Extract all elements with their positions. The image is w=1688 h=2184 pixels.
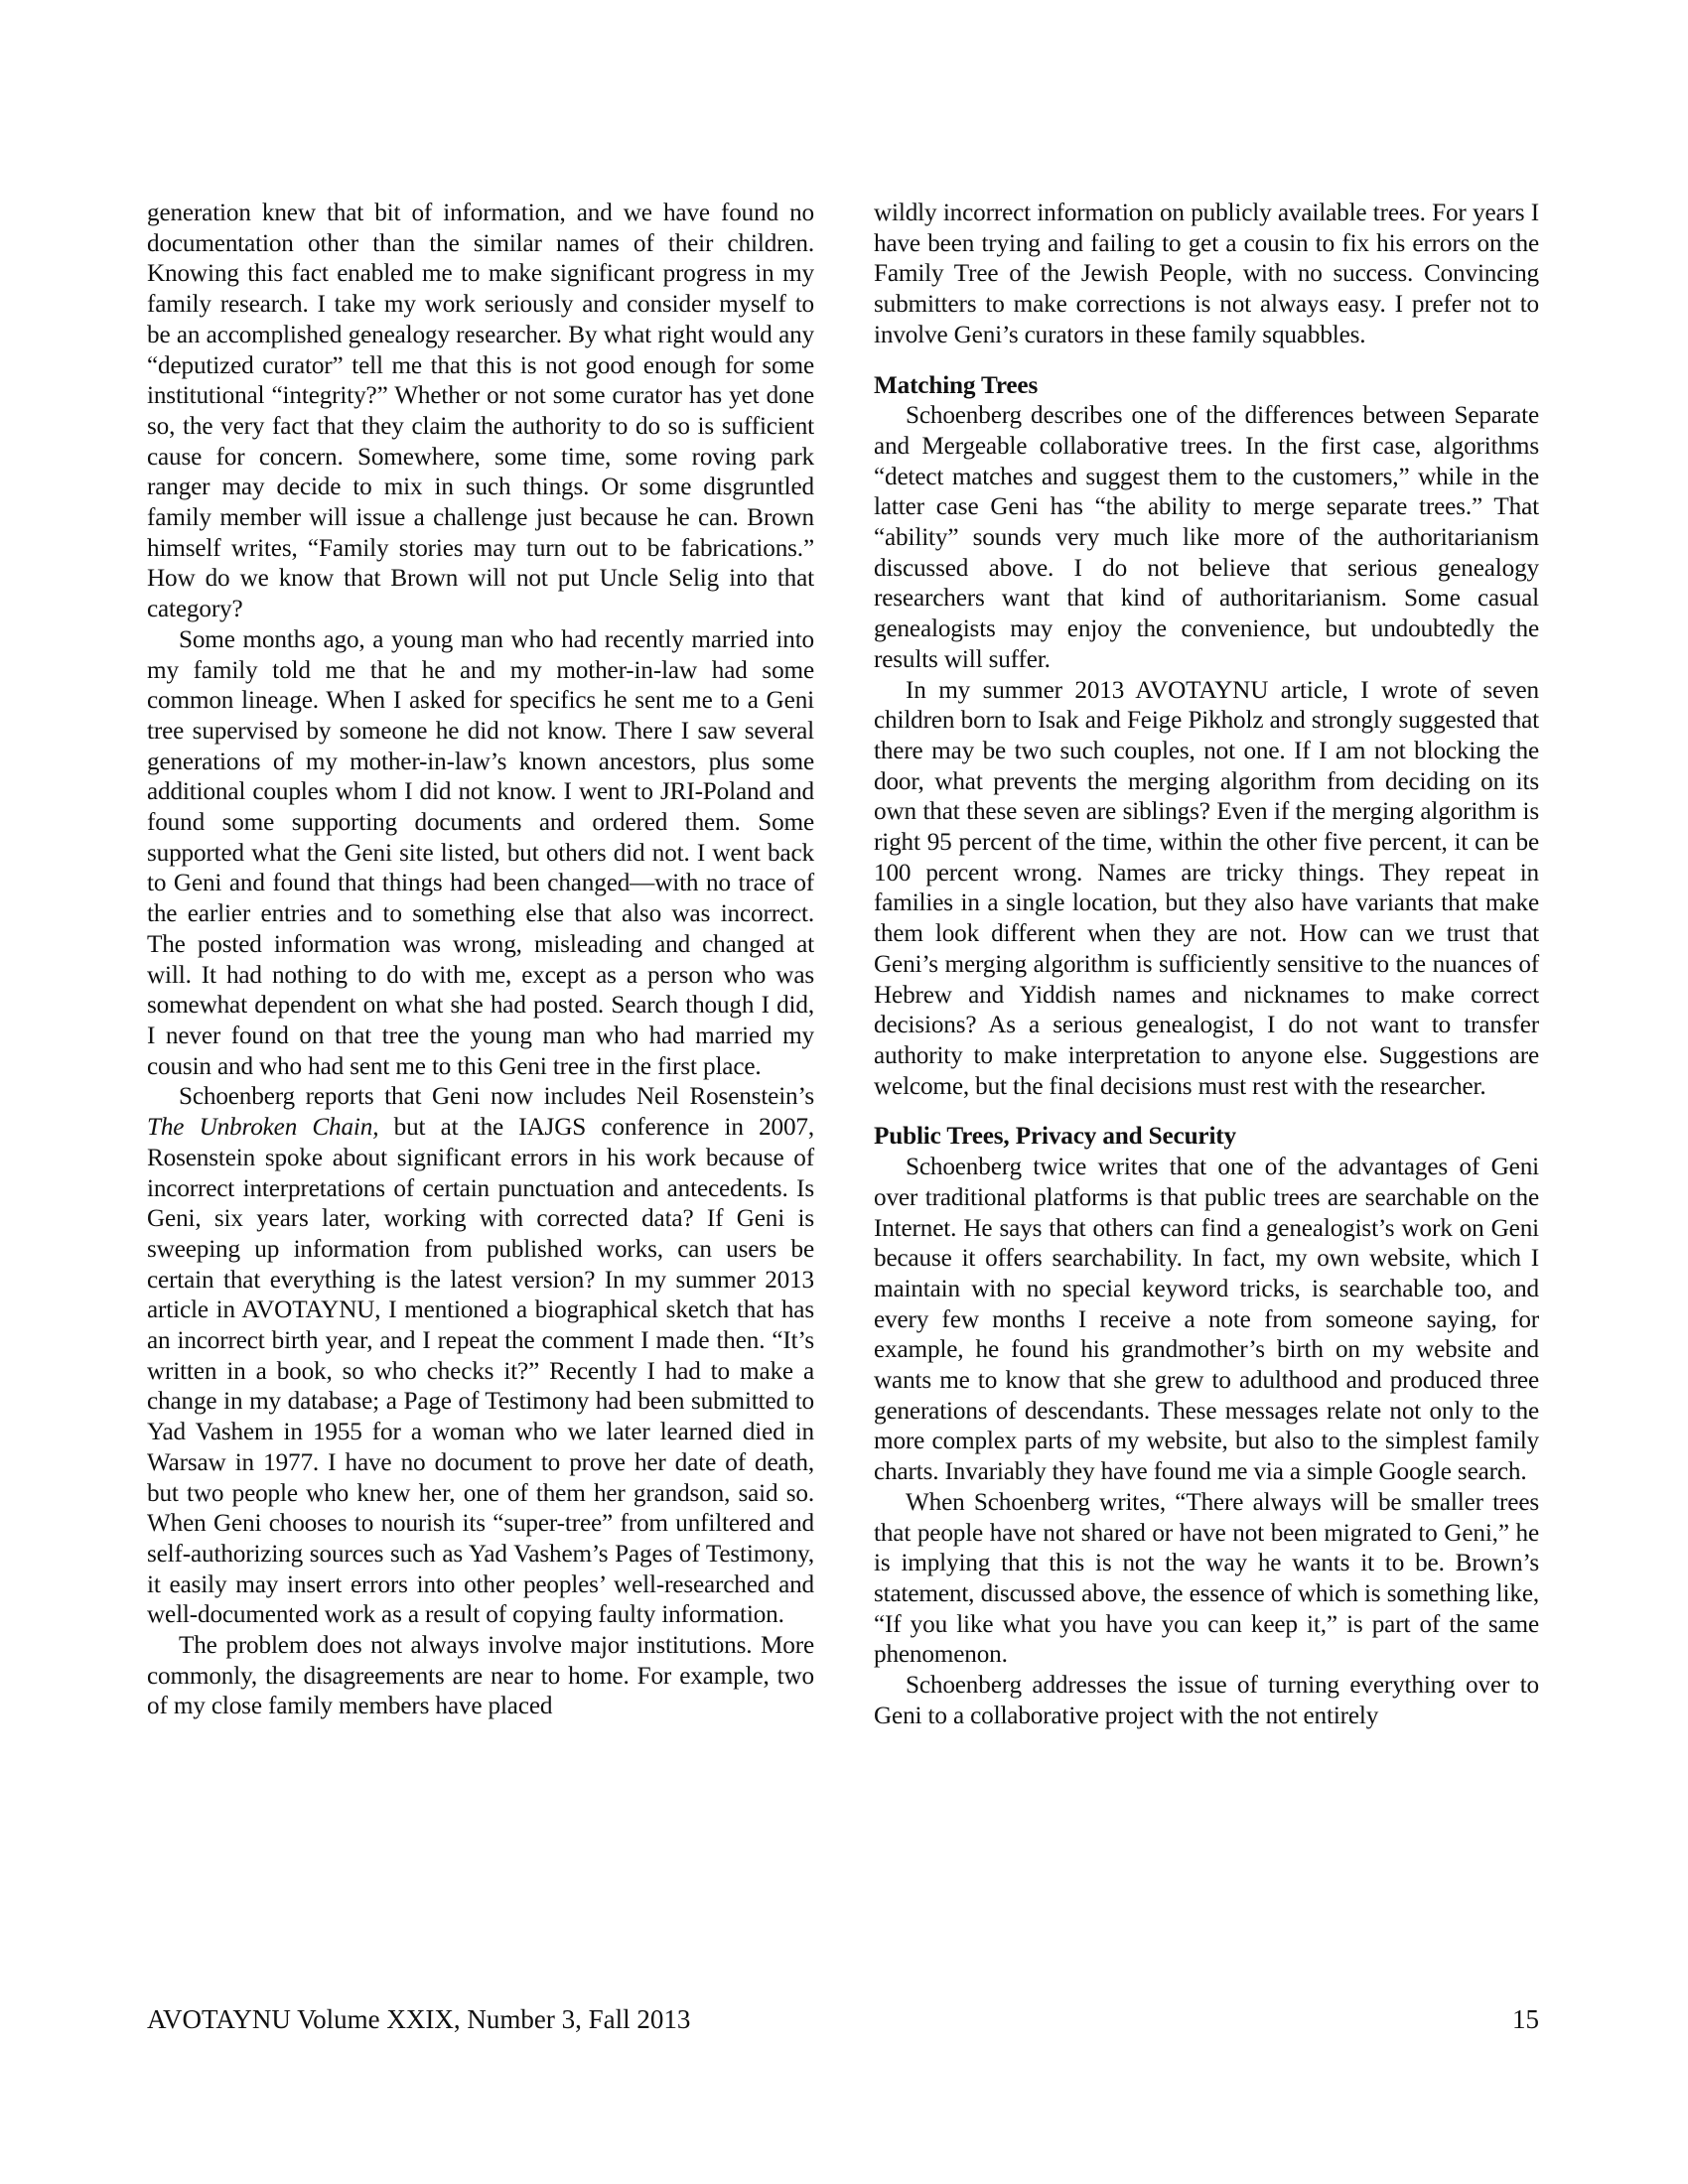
section-heading-matching-trees: Matching Trees: [874, 371, 1539, 402]
page-footer: AVOTAYNU Volume XXIX, Number 3, Fall 201…: [147, 2003, 1539, 2035]
book-title: The Unbroken Chain,: [147, 1114, 378, 1141]
paragraph: wildly incorrect information on publicly…: [874, 199, 1539, 351]
section-heading-public-trees: Public Trees, Privacy and Security: [874, 1122, 1539, 1153]
paragraph-text: Schoenberg reports that Geni now include…: [179, 1083, 814, 1110]
paragraph: Schoenberg reports that Geni now include…: [147, 1082, 814, 1631]
left-column: generation knew that bit of information,…: [147, 199, 814, 1722]
paragraph: Schoenberg describes one of the differen…: [874, 401, 1539, 675]
paragraph: Schoenberg addresses the issue of turnin…: [874, 1671, 1539, 1731]
paragraph: Schoenberg twice writes that one of the …: [874, 1153, 1539, 1488]
publication-info: AVOTAYNU Volume XXIX, Number 3, Fall 201…: [147, 2003, 690, 2035]
paragraph-text: but at the IAJGS conference in 2007, Ros…: [147, 1114, 814, 1628]
paragraph: generation knew that bit of information,…: [147, 199, 814, 625]
right-column: wildly incorrect information on publicly…: [874, 199, 1539, 1731]
paragraph: When Schoenberg writes, “There always wi…: [874, 1488, 1539, 1671]
paragraph: In my summer 2013 AVOTAYNU article, I wr…: [874, 676, 1539, 1103]
paragraph: Some months ago, a young man who had rec…: [147, 625, 814, 1083]
paragraph: The problem does not always involve majo…: [147, 1631, 814, 1722]
page-number: 15: [1512, 2003, 1539, 2035]
